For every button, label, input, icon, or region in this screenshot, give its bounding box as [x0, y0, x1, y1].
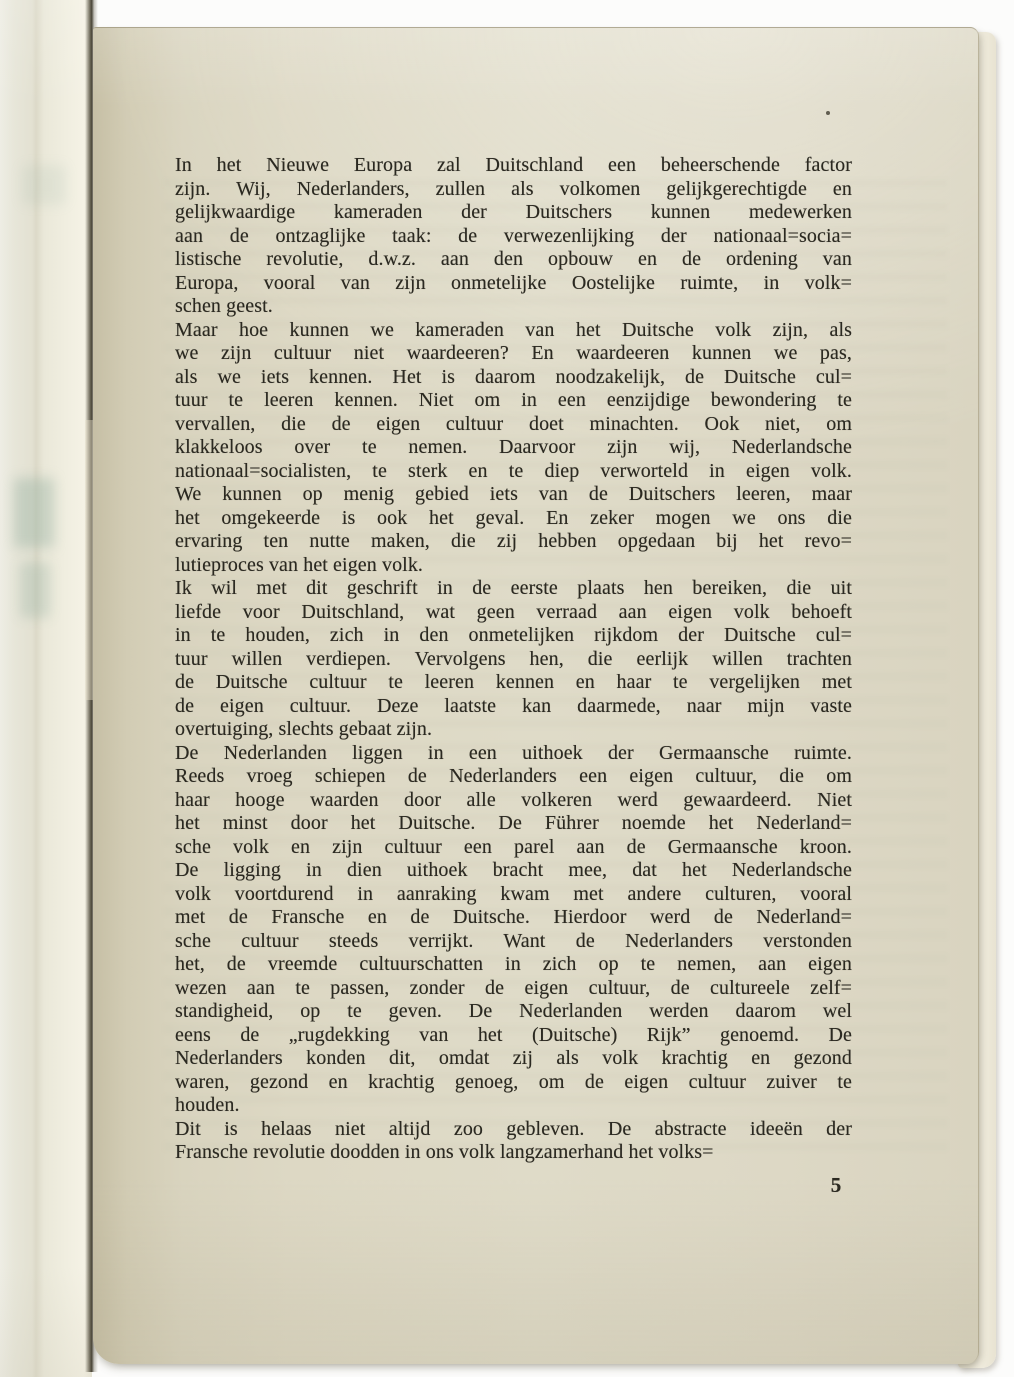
text-line: lutieproces van het eigen volk.: [175, 554, 852, 578]
text-line: het, de vreemde cultuurschatten in zich …: [175, 953, 852, 977]
text-line: waren, gezond en krachtig genoeg, om de …: [175, 1071, 852, 1095]
text-line: volk voortdurend in aanraking kwam met a…: [175, 883, 852, 907]
text-line: Ik wil met dit geschrift in de eerste pl…: [175, 577, 852, 601]
text-line: sche cultuur steeds verrijkt. Want de Ne…: [175, 930, 852, 954]
text-line: schen geest.: [175, 295, 852, 319]
text-line: tuur willen verdiepen. Vervolgens hen, d…: [175, 648, 852, 672]
text-line: wezen aan te passen, zonder de eigen cul…: [175, 977, 852, 1001]
book-photo: In het Nieuwe Europa zal Duitschland een…: [0, 0, 1014, 1377]
text-line: als we iets kennen. Het is daarom noodza…: [175, 366, 852, 390]
text-line: listische revolutie, d.w.z. aan den opbo…: [175, 248, 852, 272]
text-line: ervaring ten nutte maken, die zij hebben…: [175, 530, 852, 554]
text-line: vervallen, die de eigen cultuur doet min…: [175, 413, 852, 437]
page-number: 5: [816, 1173, 856, 1198]
text-line: klakkeloos over te nemen. Daarvoor zijn …: [175, 436, 852, 460]
text-line: nationaal=socialisten, te sterk en te di…: [175, 460, 852, 484]
paragraph: In het Nieuwe Europa zal Duitschland een…: [175, 154, 852, 319]
paper-speck: [826, 111, 830, 115]
text-line: eens de „rugdekking van het (Duitsche) R…: [175, 1024, 852, 1048]
text-line: tuur te leeren kennen. Niet om in een ee…: [175, 389, 852, 413]
text-line: we zijn cultuur niet waardeeren? En waar…: [175, 342, 852, 366]
paragraph: Maar hoe kunnen we kameraden van het Dui…: [175, 319, 852, 578]
text-line: Europa, vooral van zijn onmetelijke Oost…: [175, 272, 852, 296]
text-line: Fransche revolutie doodden in ons volk l…: [175, 1141, 852, 1165]
text-line: We kunnen op menig gebied iets van de Du…: [175, 483, 852, 507]
text-line: standigheid, op te geven. De Nederlanden…: [175, 1000, 852, 1024]
text-line: De Nederlanden liggen in een uithoek der…: [175, 742, 852, 766]
text-line: houden.: [175, 1094, 852, 1118]
paragraph: De Nederlanden liggen in een uithoek der…: [175, 742, 852, 1118]
text-line: met de Fransche en de Duitsche. Hierdoor…: [175, 906, 852, 930]
show-through-ghost-text: [14, 478, 54, 548]
text-line: in te houden, zich in den onmetelijken r…: [175, 624, 852, 648]
text-line: overtuiging, slechts gebaat zijn.: [175, 718, 852, 742]
text-line: liefde voor Duitschland, wat geen verraa…: [175, 601, 852, 625]
text-line: De ligging in dien uithoek bracht mee, d…: [175, 859, 852, 883]
text-line: gelijkwaardige kameraden der Duitschers …: [175, 201, 852, 225]
text-line: het omgekeerde is ook het geval. En zeke…: [175, 507, 852, 531]
text-block: In het Nieuwe Europa zal Duitschland een…: [175, 154, 852, 1165]
text-line: het minst door het Duitsche. De Führer n…: [175, 812, 852, 836]
text-line: de Duitsche cultuur te leeren kennen en …: [175, 671, 852, 695]
paragraph: Dit is helaas niet altijd zoo gebleven. …: [175, 1118, 852, 1165]
text-line: de eigen cultuur. Deze laatste kan daarm…: [175, 695, 852, 719]
book-page: In het Nieuwe Europa zal Duitschland een…: [93, 27, 979, 1364]
text-line: Maar hoe kunnen we kameraden van het Dui…: [175, 319, 852, 343]
text-line: haar hooge waarden door alle volkeren we…: [175, 789, 852, 813]
text-line: Reeds vroeg schiepen de Nederlanders een…: [175, 765, 852, 789]
show-through-ghost-text: [22, 165, 66, 205]
text-line: Dit is helaas niet altijd zoo gebleven. …: [175, 1118, 852, 1142]
text-line: In het Nieuwe Europa zal Duitschland een…: [175, 154, 852, 178]
text-line: aan de ontzaglijke taak: de verwezenlijk…: [175, 225, 852, 249]
text-line: Nederlanders konden dit, omdat zij als v…: [175, 1047, 852, 1071]
paragraph: Ik wil met dit geschrift in de eerste pl…: [175, 577, 852, 742]
left-page-edge: [0, 0, 92, 1377]
text-line: zijn. Wij, Nederlanders, zullen als volk…: [175, 178, 852, 202]
show-through-ghost-text: [20, 562, 50, 618]
text-line: sche volk en zijn cultuur een parel aan …: [175, 836, 852, 860]
